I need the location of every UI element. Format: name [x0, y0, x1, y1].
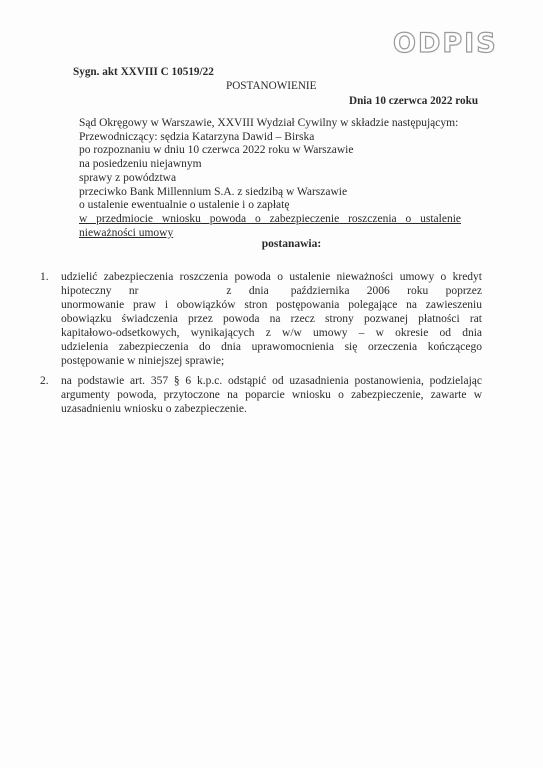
plaintiff-line: sprawy z powództwa — [79, 172, 501, 186]
defendant-line: przeciwko Bank Millennium S.A. z siedzib… — [79, 186, 501, 200]
presiding-judge: Przewodniczący: sędzia Katarzyna Dawid –… — [79, 131, 501, 145]
item-line: kapitałowo-odsetkowych, wynikających z w… — [61, 326, 482, 340]
item-line: udzielić zabezpieczenia roszczenia powod… — [61, 270, 482, 284]
document-title: POSTANOWIENIE — [226, 80, 316, 93]
loan-number-label: hipoteczny nr — [61, 285, 138, 297]
decision-heading: postanawia: — [0, 238, 543, 250]
claim-line: o ustalenie ewentualnie o ustalenie i o … — [79, 199, 501, 213]
court-intro: Sąd Okręgowy w Warszawie, XXVIII Wydział… — [79, 117, 501, 240]
item-body: udzielić zabezpieczenia roszczenia powod… — [61, 270, 482, 368]
session-type: na posiedzeniu niejawnym — [79, 158, 501, 172]
item-line: udzielenia zabezpieczenia do dnia uprawo… — [61, 340, 482, 354]
hearing-info: po rozpoznaniu w dniu 10 czerwca 2022 ro… — [79, 144, 501, 158]
item-line: unormowanie praw i obowiązków stron post… — [61, 298, 482, 312]
document-date: Dnia 10 czerwca 2022 roku — [349, 95, 478, 108]
court-composition: Sąd Okręgowy w Warszawie, XXVIII Wydział… — [79, 117, 501, 131]
item-line: obowiązku świadczenia przez powoda na rz… — [61, 312, 482, 326]
subject-line-1: w przedmiocie wniosku powoda o zabezpiec… — [79, 213, 498, 227]
item-line: hipoteczny nrz dniapaździernika 2006 rok… — [61, 284, 482, 298]
item-line: argumenty powoda, przytoczone na poparci… — [61, 388, 482, 402]
item-number: 1. — [40, 270, 49, 284]
date-label: z dnia — [226, 285, 268, 297]
item-number: 2. — [40, 374, 49, 388]
item-body: na podstawie art. 357 § 6 k.p.c. odstąpi… — [61, 374, 482, 416]
item-line: uzasadnieniu wniosku o zabezpieczenie. — [61, 402, 482, 416]
item-line: postępowanie w niniejszej sprawie; — [61, 354, 482, 368]
case-signature: Sygn. akt XXVIII C 10519/22 — [73, 66, 214, 79]
date-remainder: października 2006 roku poprzez — [291, 285, 482, 297]
copy-stamp: ODPIS — [393, 28, 498, 59]
item-line: na podstawie art. 357 § 6 k.p.c. odstąpi… — [61, 374, 482, 388]
document-page: ODPIS Sygn. akt XXVIII C 10519/22 POSTAN… — [0, 0, 543, 768]
